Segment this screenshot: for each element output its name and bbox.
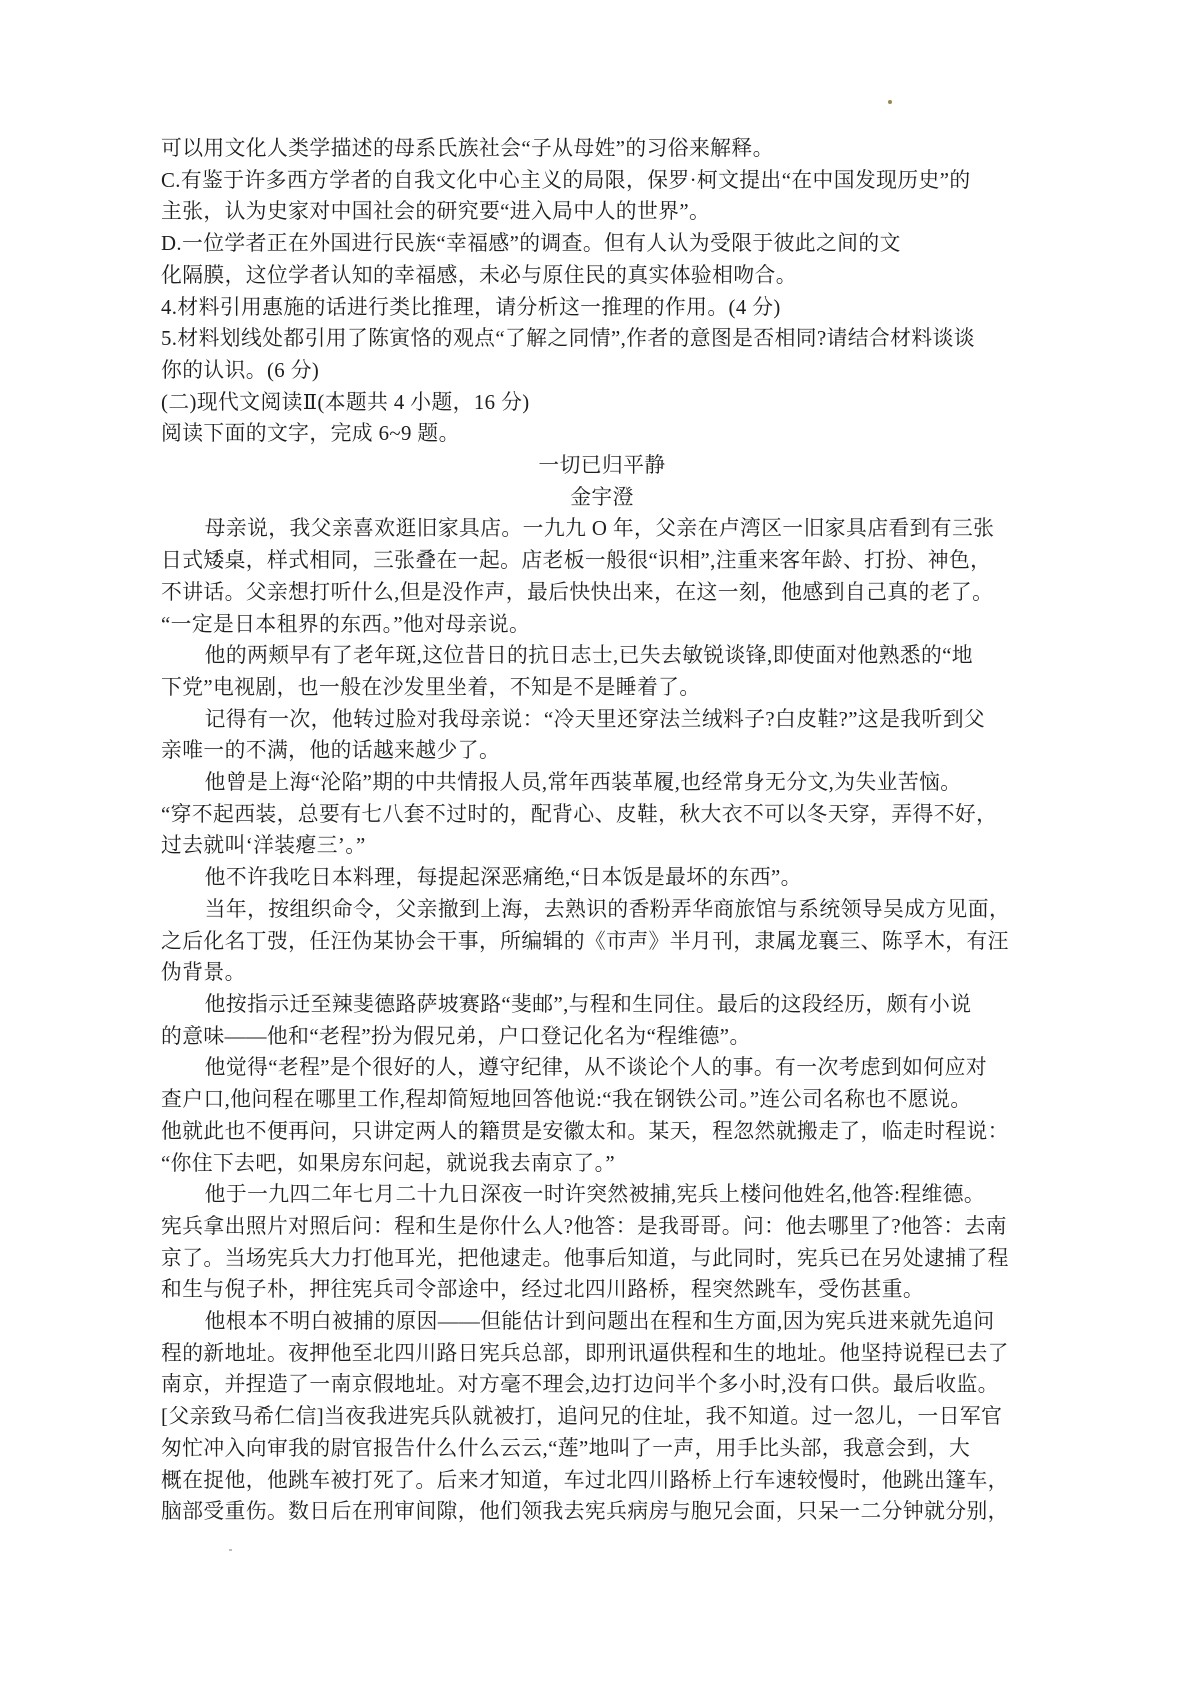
text-line: 他的两颊早有了老年斑,这位昔日的抗日志士,已失去敏锐谈锋,即使面对他熟悉的“地	[161, 640, 1043, 672]
text-line: 他觉得“老程”是个很好的人，遵守纪律，从不谈论个人的事。有一次考虑到如何应对	[161, 1052, 1043, 1084]
text-line: 下党”电视剧，也一般在沙发里坐着，不知是不是睡着了。	[161, 672, 1043, 704]
text-line: “你住下去吧，如果房东问起，就说我去南京了。”	[161, 1148, 1043, 1180]
text-line: 匆忙冲入向审我的尉官报告什么什么云云,“莲”地叫了一声，用手比头部，我意会到，大	[161, 1433, 1043, 1465]
text-line: [父亲致马希仁信]当夜我进宪兵队就被打，追问兄的住址，我不知道。过一忽儿，一日军…	[161, 1401, 1043, 1433]
text-line: “一定是日本租界的东西。”他对母亲说。	[161, 609, 1043, 641]
scanned-exam-page: 可以用文化人类学描述的母系氏族社会“子从母姓”的习俗来解释。C.有鉴于许多西方学…	[0, 0, 1200, 1698]
text-line: 的意味——他和“老程”扮为假兄弟，户口登记化名为“程维德”。	[161, 1021, 1043, 1053]
text-line: 不讲话。父亲想打听什么,但是没作声，最后快快出来，在这一刻，他感到自己真的老了。	[161, 577, 1043, 609]
text-line: 他就此也不便再问，只讲定两人的籍贯是安徽太和。某天，程忽然就搬走了，临走时程说：	[161, 1116, 1043, 1148]
option-c: C.有鉴于许多西方学者的自我文化中心主义的局限，保罗·柯文提出“在中国发现历史”…	[161, 165, 1043, 197]
text-line: 过去就叫‘洋装瘪三’。”	[161, 830, 1043, 862]
text-line: 京了。当场宪兵大力打他耳光，把他逮走。他事后知道，与此同时，宪兵已在另处逮捕了程	[161, 1243, 1043, 1275]
text-line: 程的新地址。夜押他至北四川路日宪兵总部，即刑讯逼供程和生的地址。他坚持说程已去了	[161, 1338, 1043, 1370]
text-line: 当年，按组织命令，父亲撤到上海，去熟识的香粉弄华商旅馆与系统领导吴成方见面，	[161, 894, 1043, 926]
text-line: 母亲说，我父亲喜欢逛旧家具店。一九九 O 年，父亲在卢湾区一旧家具店看到有三张	[161, 513, 1043, 545]
text-line: 南京，并捏造了一南京假地址。对方毫不理会,边打边问半个多小时,没有口供。最后收监…	[161, 1369, 1043, 1401]
text-line: 伪背景。	[161, 957, 1043, 989]
text-line: 查户口,他问程在哪里工作,程却简短地回答他说:“我在钢铁公司。”连公司名称也不愿…	[161, 1084, 1043, 1116]
text-line: 记得有一次，他转过脸对我母亲说：“冷天里还穿法兰绒料子?白皮鞋?”这是我听到父	[161, 704, 1043, 736]
text-line: “穿不起西装，总要有七八套不过时的，配背心、皮鞋，秋大衣不可以冬天穿，弄得不好，	[161, 799, 1043, 831]
option-c-continuation: 主张，认为史家对中国社会的研究要“进入局中人的世界”。	[161, 196, 1043, 228]
text-line: 他曾是上海“沦陷”期的中共情报人员,常年西装革履,也经常身无分文,为失业苦恼。	[161, 767, 1043, 799]
text-line: 他于一九四二年七月二十九日深夜一时许突然被捕,宪兵上楼问他姓名,他答:程维德。	[161, 1179, 1043, 1211]
text-line: 之后化名丁弢，任汪伪某协会干事，所编辑的《市声》半月刊，隶属龙襄三、陈孚木，有汪	[161, 926, 1043, 958]
option-d: D.一位学者正在外国进行民族“幸福感”的调查。但有人认为受限于彼此之间的文	[161, 228, 1043, 260]
text-line: 和生与倪子朴，押往宪兵司令部途中，经过北四川路桥，程突然跳车，受伤甚重。	[161, 1274, 1043, 1306]
option-b-continuation: 可以用文化人类学描述的母系氏族社会“子从母姓”的习俗来解释。	[161, 133, 1043, 165]
text-line: 概在捉他，他跳车被打死了。后来才知道，车过北四川路桥上行车速较慢时，他跳出篷车，	[161, 1465, 1043, 1497]
section-heading: (二)现代文阅读Ⅱ(本题共 4 小题，16 分)	[161, 387, 1043, 419]
question-4: 4.材料引用惠施的话进行类比推理，请分析这一推理的作用。(4 分)	[161, 292, 1043, 324]
question-5-continuation: 你的认识。(6 分)	[161, 355, 1043, 387]
text-line: 他不许我吃日本料理，每提起深恶痛绝,“日本饭是最坏的东西”。	[161, 862, 1043, 894]
text-line: 亲唯一的不满，他的话越来越少了。	[161, 735, 1043, 767]
text-line: 脑部受重伤。数日后在刑审间隙，他们领我去宪兵病房与胞兄会面，只呆一二分钟就分别，	[161, 1496, 1043, 1528]
text-line: 日式矮桌，样式相同，三张叠在一起。店老板一般很“识相”,注重来客年龄、打扮、神色…	[161, 545, 1043, 577]
reading-author: 金宇澄	[161, 482, 1043, 514]
document-body: 可以用文化人类学描述的母系氏族社会“子从母姓”的习俗来解释。C.有鉴于许多西方学…	[161, 133, 1043, 1528]
scan-speck	[229, 1549, 232, 1551]
text-line: 宪兵拿出照片对照后问：程和生是你什么人?他答：是我哥哥。问：他去哪里了?他答：去…	[161, 1211, 1043, 1243]
option-d-continuation: 化隔膜，这位学者认知的幸福感，未必与原住民的真实体验相吻合。	[161, 260, 1043, 292]
text-line: 他根本不明白被捕的原因——但能估计到问题出在程和生方面,因为宪兵进来就先追问	[161, 1306, 1043, 1338]
text-line: 他按指示迁至辣斐德路萨坡赛路“斐邮”,与程和生同住。最后的这段经历，颇有小说	[161, 989, 1043, 1021]
scan-speck	[888, 100, 892, 104]
section-instruction: 阅读下面的文字，完成 6~9 题。	[161, 418, 1043, 450]
question-5: 5.材料划线处都引用了陈寅恪的观点“了解之同情”,作者的意图是否相同?请结合材料…	[161, 323, 1043, 355]
reading-title: 一切已归平静	[161, 450, 1043, 482]
